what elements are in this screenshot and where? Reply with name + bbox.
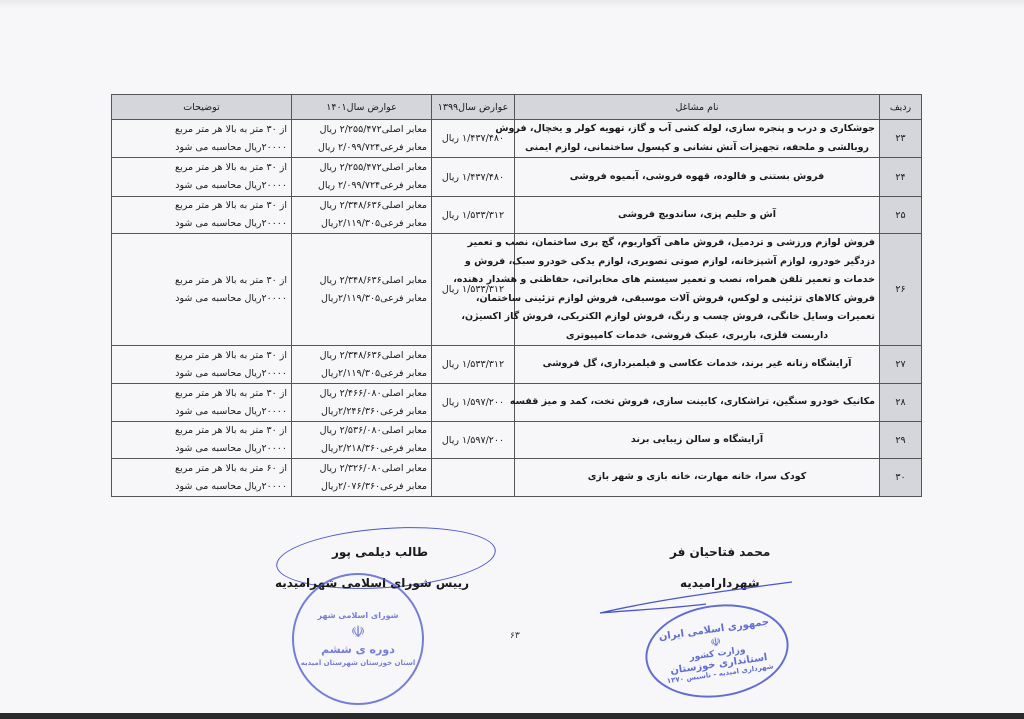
council-head-name: طالب دیلمی پور xyxy=(332,545,428,559)
fee-main-roads: معابر اصلی۲/۳۴۸/۶۳۶ ریال xyxy=(296,347,427,365)
note-line: ۲۰۰۰۰ریال محاسبه می شود xyxy=(116,290,287,308)
occupation-line: آرایشگاه زنانه غیر برند، خدمات عکاسی و ف… xyxy=(519,355,875,374)
row-number: ۲۸ xyxy=(880,384,922,422)
fee-side-roads: معابر فرعی۲/۲۴۶/۳۶۰ریال xyxy=(296,403,427,421)
note-line: از ۳۰ متر به بالا هر متر مربع xyxy=(116,422,287,440)
note-line: از ۳۰ متر به بالا هر متر مربع xyxy=(116,272,287,290)
council-stamp-bottom: استان خوزستان شهرستان امیدیه xyxy=(301,659,416,667)
page-top-edge xyxy=(0,0,1024,8)
occupation-cell: جوشکاری و درب و پنجره سازی، لوله کشی آب … xyxy=(515,120,880,158)
note-line: از ۳۰ متر به بالا هر متر مربع xyxy=(116,347,287,365)
fee-side-roads: معابر فرعی۲/۱۱۹/۳۰۵ریال xyxy=(296,290,427,308)
fee-1399-cell: ۱/۵۳۳/۳۱۲ ریال xyxy=(432,197,515,234)
fee-1399-cell: ۱/۵۹۷/۲۰۰ ریال xyxy=(432,384,515,422)
fee-1399-cell: ۱/۵۳۳/۳۱۲ ریال xyxy=(432,346,515,384)
note-line: از ۳۰ متر به بالا هر متر مربع xyxy=(116,385,287,403)
row-number: ۲۴ xyxy=(880,158,922,197)
table-row: ۲۵ آش و حلیم پزی، ساندویچ فروشی ۱/۵۳۳/۳۱… xyxy=(112,197,922,234)
header-notes: توضیحات xyxy=(112,95,292,120)
occupation-line: مکانیک خودرو سنگین، تراشکاری، کابینت ساز… xyxy=(519,393,875,412)
page-bottom-edge xyxy=(0,713,1024,719)
fee-1401-cell: معابر اصلی۲/۳۲۶/۰۸۰ ریال معابر فرعی۲/۰۷۶… xyxy=(292,459,432,497)
occupation-line: آرایشگاه و سالن زیبایی برند xyxy=(519,431,875,450)
fee-1399-cell: ۱/۵۹۷/۲۰۰ ریال xyxy=(432,422,515,459)
occupation-cell: آش و حلیم پزی، ساندویچ فروشی xyxy=(515,197,880,234)
notes-cell: از ۳۰ متر به بالا هر متر مربع ۲۰۰۰۰ریال … xyxy=(112,120,292,158)
table-row: ۲۷ آرایشگاه زنانه غیر برند، خدمات عکاسی … xyxy=(112,346,922,384)
fee-side-roads: معابر فرعی۲/۱۱۹/۳۰۵ریال xyxy=(296,365,427,383)
fee-1401-cell: معابر اصلی۲/۳۴۸/۶۳۶ ریال معابر فرعی۲/۱۱۹… xyxy=(292,234,432,346)
row-number: ۲۷ xyxy=(880,346,922,384)
fee-side-roads: معابر فرعی۲/۰۹۹/۷۲۴ ریال xyxy=(296,177,427,195)
fee-main-roads: معابر اصلی۲/۲۵۵/۴۷۲ ریال xyxy=(296,159,427,177)
occupation-line: فروش بستنی و فالوده، قهوه فروشی، آبمیوه … xyxy=(519,168,875,187)
note-line: از ۳۰ متر به بالا هر متر مربع xyxy=(116,121,287,139)
occupation-cell: فروش لوازم ورزشی و تردمیل، فروش ماهی آکو… xyxy=(515,234,880,346)
notes-cell: از ۶۰ متر به بالا هر متر مربع ۲۰۰۰۰ریال … xyxy=(112,459,292,497)
fee-1399-cell: ۱/۴۳۷/۴۸۰ ریال xyxy=(432,158,515,197)
notes-cell: از ۳۰ متر به بالا هر متر مربع ۲۰۰۰۰ریال … xyxy=(112,158,292,197)
fee-side-roads: معابر فرعی۲/۱۱۹/۳۰۵ریال xyxy=(296,215,427,233)
notes-cell: از ۳۰ متر به بالا هر متر مربع ۲۰۰۰۰ریال … xyxy=(112,384,292,422)
notes-cell: از ۳۰ متر به بالا هر متر مربع ۲۰۰۰۰ریال … xyxy=(112,234,292,346)
fee-side-roads: معابر فرعی۲/۲۱۸/۳۶۰ریال xyxy=(296,440,427,458)
fee-1401-cell: معابر اصلی۲/۳۴۸/۶۳۶ ریال معابر فرعی۲/۱۱۹… xyxy=(292,346,432,384)
table-row: ۲۳ جوشکاری و درب و پنجره سازی، لوله کشی … xyxy=(112,120,922,158)
table-row: ۲۹ آرایشگاه و سالن زیبایی برند ۱/۵۹۷/۲۰۰… xyxy=(112,422,922,459)
header-fee-1401: عوارض سال۱۴۰۱ xyxy=(292,95,432,120)
row-number: ۳۰ xyxy=(880,459,922,497)
occupation-line: کودک سرا، خانه مهارت، خانه بازی و شهر با… xyxy=(519,468,875,487)
table-header-row: ردیف نام مشاغل عوارض سال۱۳۹۹ عوارض سال۱۴… xyxy=(112,95,922,120)
note-line: ۲۰۰۰۰ریال محاسبه می شود xyxy=(116,440,287,458)
fee-main-roads: معابر اصلی۲/۴۶۶/۰۸۰ ریال xyxy=(296,385,427,403)
header-row-no: ردیف xyxy=(880,95,922,120)
occupation-line: فروش کالاهای تزئینی و لوکس، فروش آلات مو… xyxy=(519,290,875,309)
notes-cell: از ۳۰ متر به بالا هر متر مربع ۲۰۰۰۰ریال … xyxy=(112,346,292,384)
occupation-line: خدمات و تعمیر تلفن همراه، نصب و تعمیر سی… xyxy=(519,271,875,290)
fee-main-roads: معابر اصلی۲/۲۵۵/۴۷۲ ریال xyxy=(296,121,427,139)
occupation-line: روبالشی و ملحفه، تجهیزات آتش نشانی و کپس… xyxy=(519,139,875,158)
fee-1401-cell: معابر اصلی۲/۲۵۵/۴۷۲ ریال معابر فرعی۲/۰۹۹… xyxy=(292,158,432,197)
note-line: ۲۰۰۰۰ریال محاسبه می شود xyxy=(116,215,287,233)
occupation-cell: کودک سرا، خانه مهارت، خانه بازی و شهر با… xyxy=(515,459,880,497)
council-stamp-top: شورای اسلامی شهر xyxy=(318,611,399,620)
occupation-line: دزدگیر خودرو، لوازم آشپزخانه، لوازم صوتی… xyxy=(519,253,875,272)
occupation-cell: مکانیک خودرو سنگین، تراشکاری، کابینت ساز… xyxy=(515,384,880,422)
fee-1401-cell: معابر اصلی۲/۵۳۶/۰۸۰ ریال معابر فرعی۲/۲۱۸… xyxy=(292,422,432,459)
occupation-line: تعمیرات وسایل خانگی، فروش چسب و رنگ، فرو… xyxy=(519,308,875,327)
fee-1401-cell: معابر اصلی۲/۴۶۶/۰۸۰ ریال معابر فرعی۲/۲۴۶… xyxy=(292,384,432,422)
occupation-line: آش و حلیم پزی، ساندویچ فروشی xyxy=(519,206,875,225)
header-fee-1399: عوارض سال۱۳۹۹ xyxy=(432,95,515,120)
row-number: ۲۳ xyxy=(880,120,922,158)
fee-main-roads: معابر اصلی۲/۵۳۶/۰۸۰ ریال xyxy=(296,422,427,440)
notes-cell: از ۳۰ متر به بالا هر متر مربع ۲۰۰۰۰ریال … xyxy=(112,422,292,459)
occupation-line: داربست فلزی، باربری، عینک فروشی، خدمات ک… xyxy=(519,327,875,346)
fee-1401-cell: معابر اصلی۲/۳۴۸/۶۳۶ ریال معابر فرعی۲/۱۱۹… xyxy=(292,197,432,234)
table-row: ۲۴ فروش بستنی و فالوده، قهوه فروشی، آبمی… xyxy=(112,158,922,197)
table-row: ۲۶ فروش لوازم ورزشی و تردمیل، فروش ماهی … xyxy=(112,234,922,346)
note-line: از ۶۰ متر به بالا هر متر مربع xyxy=(116,460,287,478)
occupation-cell: فروش بستنی و فالوده، قهوه فروشی، آبمیوه … xyxy=(515,158,880,197)
page-number: ۶۳ xyxy=(510,631,520,641)
row-number: ۲۶ xyxy=(880,234,922,346)
fee-main-roads: معابر اصلی۲/۳۴۸/۶۳۶ ریال xyxy=(296,272,427,290)
note-line: ۲۰۰۰۰ریال محاسبه می شود xyxy=(116,403,287,421)
council-stamp-middle: دوره ی ششم xyxy=(321,643,395,656)
occupation-cell: آرایشگاه زنانه غیر برند، خدمات عکاسی و ف… xyxy=(515,346,880,384)
table-row: ۳۰ کودک سرا، خانه مهارت، خانه بازی و شهر… xyxy=(112,459,922,497)
fee-side-roads: معابر فرعی۲/۰۹۹/۷۲۴ ریال xyxy=(296,139,427,157)
fee-side-roads: معابر فرعی۲/۰۷۶/۳۶۰ریال xyxy=(296,478,427,496)
occupation-fees-table: ردیف نام مشاغل عوارض سال۱۳۹۹ عوارض سال۱۴… xyxy=(111,94,922,497)
note-line: از ۳۰ متر به بالا هر متر مربع xyxy=(116,159,287,177)
fee-main-roads: معابر اصلی۲/۳۲۶/۰۸۰ ریال xyxy=(296,460,427,478)
table-row: ۲۸ مکانیک خودرو سنگین، تراشکاری، کابینت … xyxy=(112,384,922,422)
emblem-icon: ☫ xyxy=(351,622,365,641)
notes-cell: از ۳۰ متر به بالا هر متر مربع ۲۰۰۰۰ریال … xyxy=(112,197,292,234)
note-line: از ۳۰ متر به بالا هر متر مربع xyxy=(116,197,287,215)
occupation-line: جوشکاری و درب و پنجره سازی، لوله کشی آب … xyxy=(519,120,875,139)
note-line: ۲۰۰۰۰ریال محاسبه می شود xyxy=(116,478,287,496)
note-line: ۲۰۰۰۰ریال محاسبه می شود xyxy=(116,139,287,157)
fee-1401-cell: معابر اصلی۲/۲۵۵/۴۷۲ ریال معابر فرعی۲/۰۹۹… xyxy=(292,120,432,158)
mayor-name: محمد فتاحیان فر xyxy=(670,545,770,559)
note-line: ۲۰۰۰۰ریال محاسبه می شود xyxy=(116,177,287,195)
fee-main-roads: معابر اصلی۲/۳۴۸/۶۳۶ ریال xyxy=(296,197,427,215)
occupation-cell: آرایشگاه و سالن زیبایی برند xyxy=(515,422,880,459)
row-number: ۲۹ xyxy=(880,422,922,459)
occupation-line: فروش لوازم ورزشی و تردمیل، فروش ماهی آکو… xyxy=(519,234,875,253)
header-occupation: نام مشاغل xyxy=(515,95,880,120)
council-stamp: شورای اسلامی شهر ☫ دوره ی ششم استان خوزس… xyxy=(292,573,424,705)
row-number: ۲۵ xyxy=(880,197,922,234)
note-line: ۲۰۰۰۰ریال محاسبه می شود xyxy=(116,365,287,383)
fee-1399-cell xyxy=(432,459,515,497)
